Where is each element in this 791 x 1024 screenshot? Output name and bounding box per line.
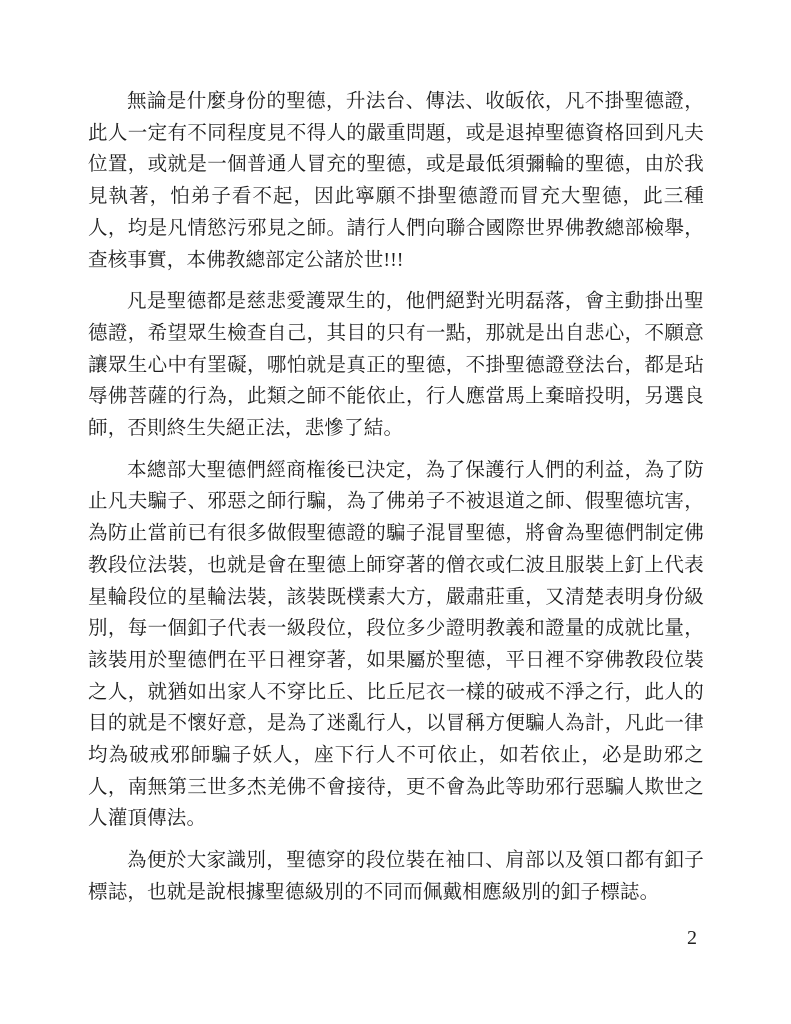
- paragraph-2: 凡是聖德都是慈悲愛護眾生的，他們絕對光明磊落，會主動掛出聖德證，希望眾生檢查自己…: [88, 286, 704, 445]
- paragraph-4: 為便於大家識別，聖德穿的段位裝在袖口、肩部以及領口都有釦子標誌，也就是說根據聖德…: [88, 845, 704, 908]
- page-number: 2: [680, 924, 704, 952]
- document-page: 無論是什麼身份的聖德，升法台、傳法、收皈依，凡不掛聖德證，此人一定有不同程度見不…: [0, 0, 791, 1024]
- paragraph-1: 無論是什麼身份的聖德，升法台、傳法、收皈依，凡不掛聖德證，此人一定有不同程度見不…: [88, 86, 704, 276]
- paragraph-3: 本總部大聖德們經商権後已決定，為了保護行人們的利益，為了防止凡夫騙子、邪惡之師行…: [88, 455, 704, 835]
- document-body: 無論是什麼身份的聖德，升法台、傳法、收皈依，凡不掛聖德證，此人一定有不同程度見不…: [88, 86, 704, 919]
